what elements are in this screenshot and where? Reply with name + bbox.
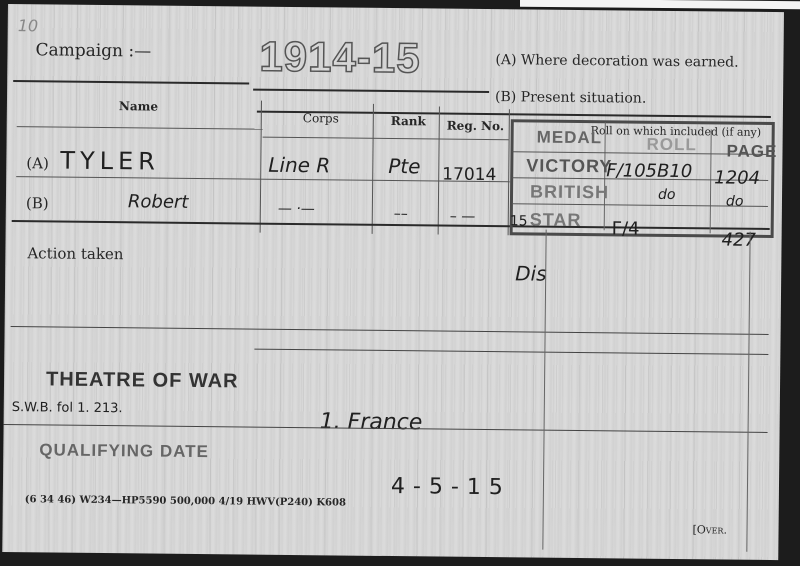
theatre-annotation: S.W.B. fol 1. 213. — [12, 400, 123, 416]
medal-index-card: 10 Campaign :— 1914-15 (A) Where decorat… — [2, 4, 784, 560]
column-corps: Corps — [303, 111, 339, 125]
page-victory: 1204 — [714, 167, 760, 188]
row-b-reg-no: – — — [450, 209, 476, 225]
rule-action — [11, 326, 769, 335]
medal-header: MEDAL — [537, 128, 603, 149]
divider-corps-rank — [372, 104, 374, 234]
qualifying-value: 4-5-15 — [391, 474, 511, 500]
rule-cols-header — [263, 137, 509, 141]
corner-mark: 10 — [18, 16, 39, 35]
action-value: Dis — [515, 261, 547, 285]
rule-campaign-2 — [253, 89, 489, 93]
rule-campaign — [13, 80, 249, 84]
row-a-rank: Pte — [388, 154, 420, 178]
action-label: Action taken — [27, 244, 123, 263]
row-a-surname: TYLER — [60, 147, 160, 176]
divider-name-corps — [260, 101, 262, 233]
row-a-corps: Line R — [268, 153, 330, 178]
legend-b: (B) Present situation. — [495, 89, 646, 107]
qualifying-label: QUALIFYING DATE — [39, 440, 209, 462]
page-header: PAGE — [726, 142, 777, 163]
theatre-value: 1. France — [320, 409, 423, 435]
print-code: (6 34 46) W234—HP5590 500,000 4/19 HWV(P… — [25, 494, 346, 508]
medal-star-prefix: 15 — [510, 213, 528, 229]
rule-row-a — [16, 176, 510, 182]
campaign-stamp: 1914-15 — [259, 33, 421, 83]
over-note: [Over. — [692, 523, 727, 536]
row-b-corps: — ·— — [278, 201, 315, 217]
campaign-label: Campaign :— — [35, 40, 151, 61]
page-british: do — [726, 194, 744, 210]
rule-action-2 — [254, 349, 768, 355]
roll-star: F/4 — [612, 218, 640, 239]
column-reg-no: Reg. No. — [447, 119, 504, 134]
divider-rank-reg — [438, 107, 440, 235]
column-rank: Rank — [391, 114, 426, 128]
row-b-rank: –– — [394, 206, 408, 222]
roll-victory: F/105B10 — [606, 160, 692, 182]
row-a-prefix: (A) — [26, 154, 49, 172]
column-name: Name — [119, 99, 158, 113]
row-b-prefix: (B) — [26, 194, 49, 212]
theatre-label: THEATRE OF WAR — [46, 368, 239, 393]
scan-edge — [520, 0, 800, 9]
legend-a: (A) Where decoration was earned. — [495, 52, 738, 71]
row-b-forename: Robert — [128, 191, 189, 213]
rule-name-header — [17, 126, 263, 130]
medal-victory: VICTORY — [526, 155, 612, 177]
medal-star: STAR — [530, 209, 582, 231]
roll-british: do — [658, 187, 676, 203]
page-star: 427 — [721, 229, 756, 250]
divider-lower-2 — [746, 232, 750, 552]
medal-british: BRITISH — [530, 181, 609, 203]
